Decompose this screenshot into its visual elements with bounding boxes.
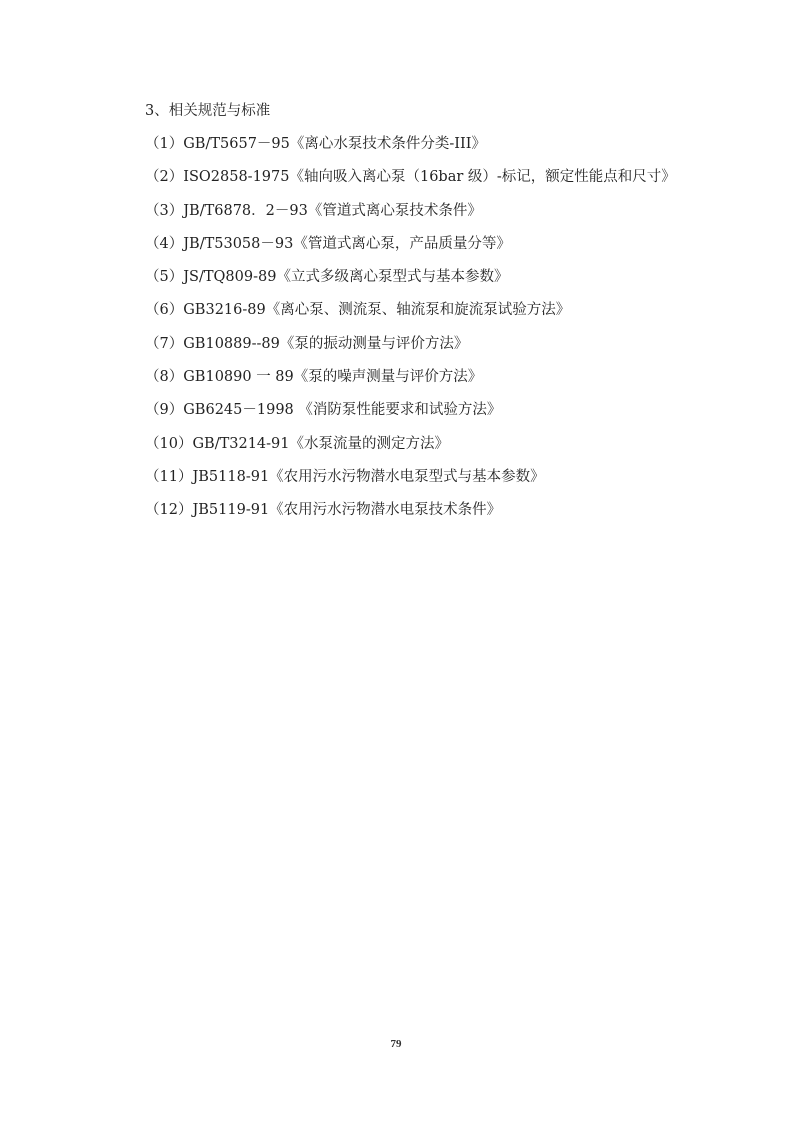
reference-item: （1）GB/T5657－95《离心水泵技术条件分类-III》 bbox=[145, 134, 676, 167]
reference-item: （9）GB6245－1998 《消防泵性能要求和试验方法》 bbox=[145, 400, 676, 433]
reference-item: （3）JB/T6878．2－93《管道式离心泵技术条件》 bbox=[145, 201, 676, 234]
reference-item: （7）GB10889--89《泵的振动测量与评价方法》 bbox=[145, 334, 676, 367]
reference-item: （8）GB10890 一 89《泵的噪声测量与评价方法》 bbox=[145, 367, 676, 400]
reference-item: （5）JS/TQ809-89《立式多级离心泵型式与基本参数》 bbox=[145, 267, 676, 300]
page-number: 79 bbox=[0, 1038, 792, 1050]
reference-item: （10）GB/T3214-91《水泵流量的测定方法》 bbox=[145, 434, 676, 467]
reference-list: （1）GB/T5657－95《离心水泵技术条件分类-III》 （2）ISO285… bbox=[145, 134, 676, 534]
reference-item: （12）JB5119-91《农用污水污物潜水电泵技术条件》 bbox=[145, 500, 676, 533]
reference-item: （2）ISO2858-1975《轴向吸入离心泵（16bar 级）-标记，额定性能… bbox=[145, 167, 676, 200]
reference-item: （11）JB5118-91《农用污水污物潜水电泵型式与基本参数》 bbox=[145, 467, 676, 500]
reference-item: （6）GB3216-89《离心泵、测流泵、轴流泵和旋流泵试验方法》 bbox=[145, 300, 676, 333]
reference-item: （4）JB/T53058－93《管道式离心泵，产品质量分等》 bbox=[145, 234, 676, 267]
document-page: 3、相关规范与标准 （1）GB/T5657－95《离心水泵技术条件分类-III》… bbox=[0, 0, 792, 1122]
section-heading: 3、相关规范与标准 bbox=[145, 101, 270, 121]
